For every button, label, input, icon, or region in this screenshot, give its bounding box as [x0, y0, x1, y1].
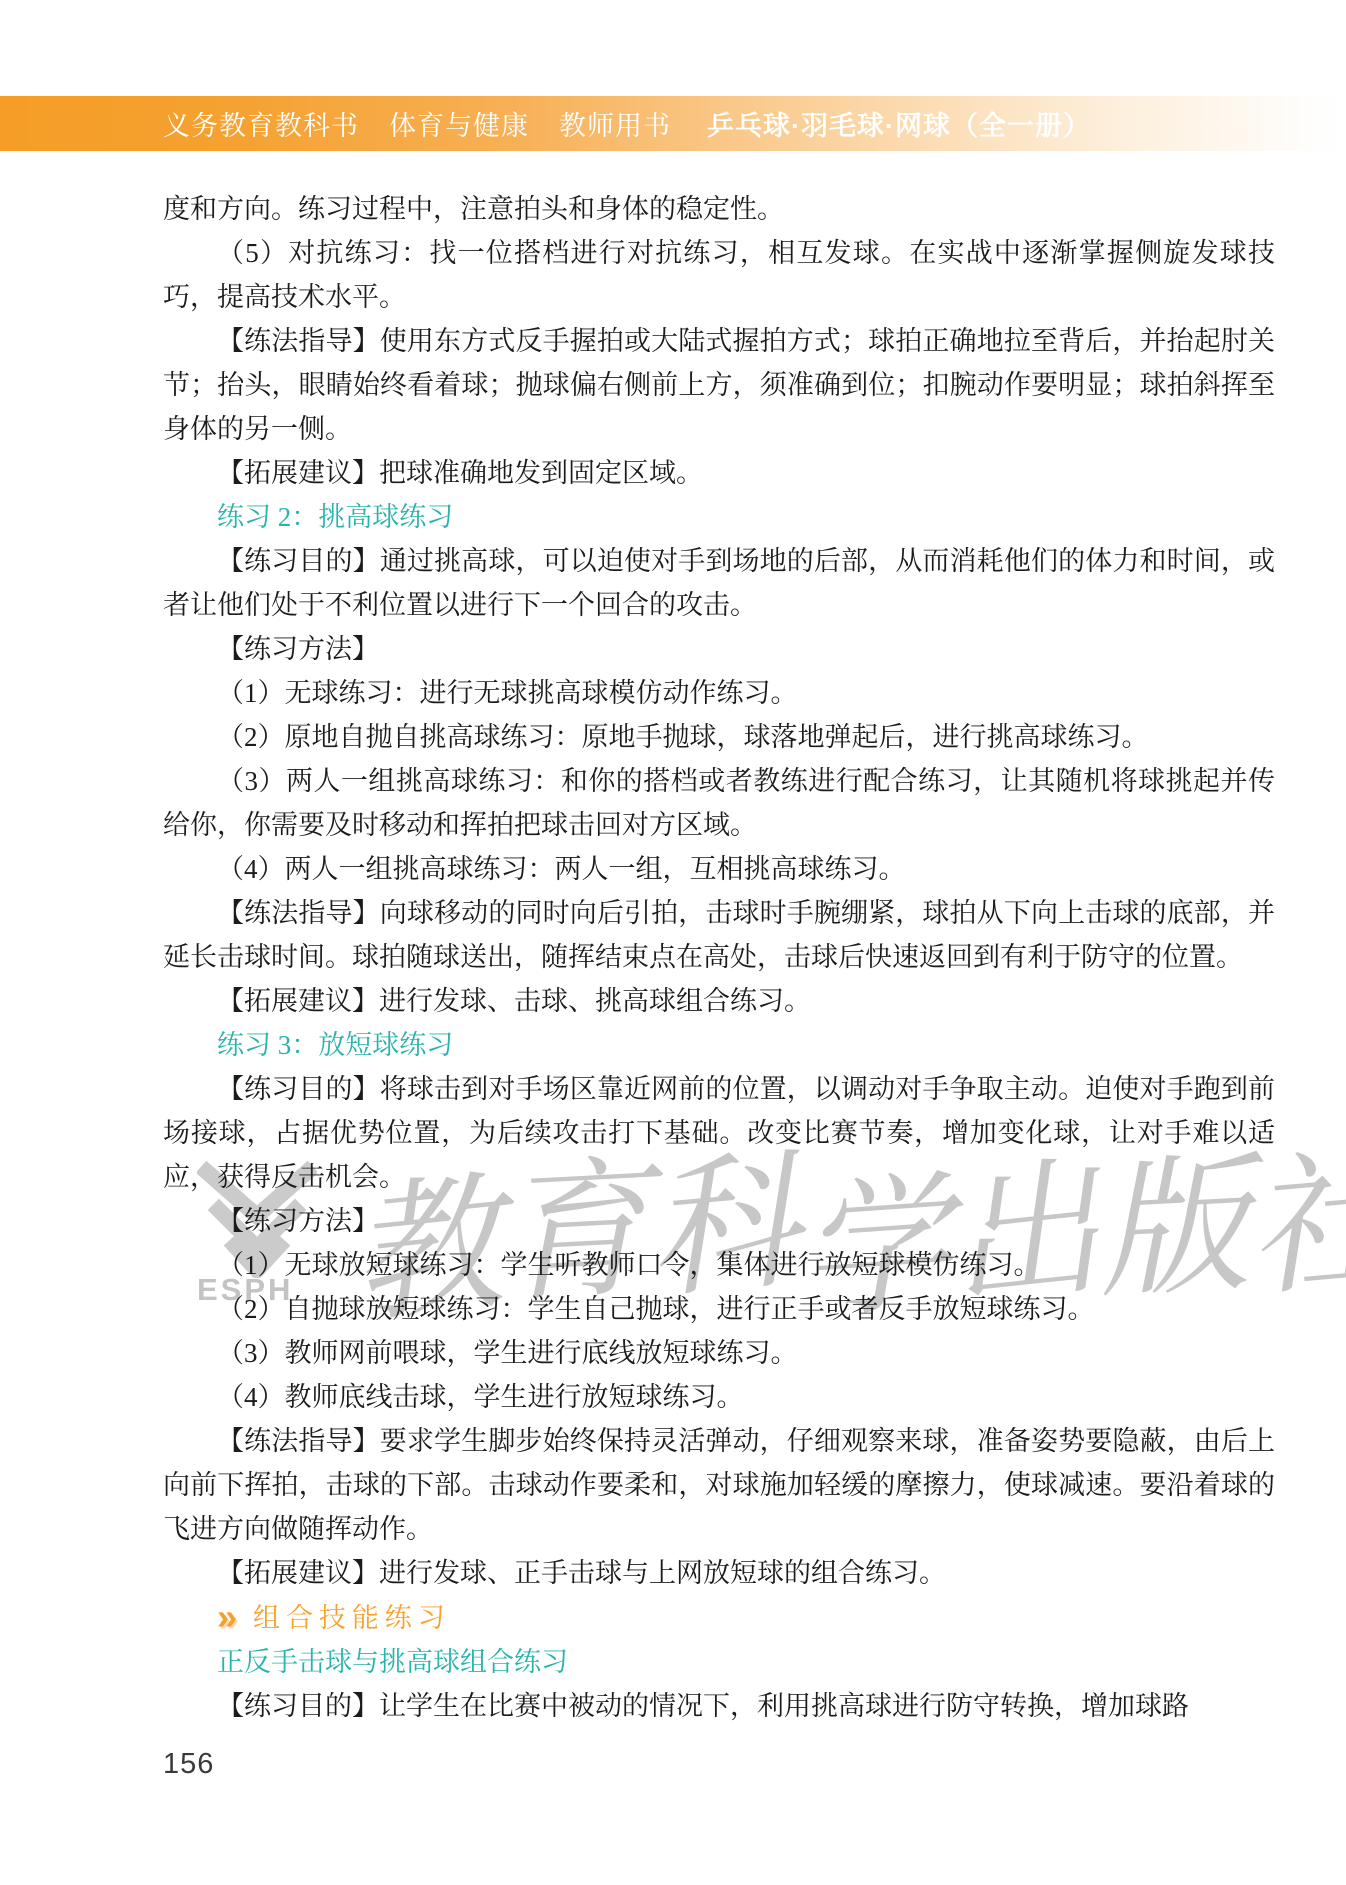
- practice-heading: 练习 3：放短球练习: [163, 1023, 1275, 1067]
- practice-heading: 练习 2：挑高球练习: [163, 495, 1275, 539]
- paragraph: （1）无球放短球练习：学生听教师口令，集体进行放短球模仿练习。: [163, 1243, 1275, 1287]
- header-text: 义务教育教科书体育与健康教师用书 乒乓球·羽毛球·网球（全一册）: [0, 104, 1091, 143]
- paragraph: 【练法指导】要求学生脚步始终保持灵活弹动，仔细观察来球，准备姿势要隐蔽，由后上向…: [163, 1419, 1275, 1551]
- subsection-heading: 正反手击球与挑高球组合练习: [163, 1640, 1275, 1684]
- paragraph: 度和方向。练习过程中，注意拍头和身体的稳定性。: [163, 187, 1275, 231]
- section-heading-text: 组合技能练习: [253, 1603, 451, 1633]
- paragraph: 【练习方法】: [163, 627, 1275, 671]
- paragraph: 【练习目的】将球击到对手场区靠近网前的位置，以调动对手争取主动。迫使对手跑到前场…: [163, 1067, 1275, 1199]
- book-title: 乒乓球·羽毛球·网球（全一册）: [707, 104, 1091, 143]
- paragraph: （2）原地自抛自挑高球练习：原地手抛球，球落地弹起后，进行挑高球练习。: [163, 715, 1275, 759]
- paragraph: 【练习方法】: [163, 1199, 1275, 1243]
- header-segment: 义务教育教科书: [163, 111, 359, 141]
- paragraph: （5）对抗练习：找一位搭档进行对抗练习，相互发球。在实战中逐渐掌握侧旋发球技巧，…: [163, 231, 1275, 319]
- paragraph: 【练习目的】让学生在比赛中被动的情况下，利用挑高球进行防守转换，增加球路: [163, 1684, 1275, 1728]
- paragraph: 【练法指导】使用东方式反手握拍或大陆式握拍方式；球拍正确地拉至背后，并抬起肘关节…: [163, 319, 1275, 451]
- content: 度和方向。练习过程中，注意拍头和身体的稳定性。（5）对抗练习：找一位搭档进行对抗…: [163, 187, 1275, 1728]
- paragraph: （4）两人一组挑高球练习：两人一组，互相挑高球练习。: [163, 847, 1275, 891]
- header-segments: 义务教育教科书体育与健康教师用书: [163, 104, 701, 143]
- section-chevron-icon: »: [217, 1596, 237, 1637]
- header-band: 义务教育教科书体育与健康教师用书 乒乓球·羽毛球·网球（全一册）: [0, 96, 1346, 151]
- paragraph: 【练习目的】通过挑高球，可以迫使对手到场地的后部，从而消耗他们的体力和时间，或者…: [163, 539, 1275, 627]
- paragraph: 【拓展建议】进行发球、正手击球与上网放短球的组合练习。: [163, 1551, 1275, 1595]
- paragraph: （3）两人一组挑高球练习：和你的搭档或者教练进行配合练习，让其随机将球挑起并传给…: [163, 759, 1275, 847]
- paragraph: （4）教师底线击球，学生进行放短球练习。: [163, 1375, 1275, 1419]
- paragraph: （1）无球练习：进行无球挑高球模仿动作练习。: [163, 671, 1275, 715]
- page-number: 156: [163, 1748, 214, 1781]
- paragraph: （2）自抛球放短球练习：学生自己抛球，进行正手或者反手放短球练习。: [163, 1287, 1275, 1331]
- paragraph: 【拓展建议】把球准确地发到固定区域。: [163, 451, 1275, 495]
- section-heading: »组合技能练习: [163, 1595, 1275, 1640]
- paragraph: 【拓展建议】进行发球、击球、挑高球组合练习。: [163, 979, 1275, 1023]
- paragraph: （3）教师网前喂球，学生进行底线放短球练习。: [163, 1331, 1275, 1375]
- header-segment: 体育与健康: [389, 111, 529, 141]
- paragraph: 【练法指导】向球移动的同时向后引拍，击球时手腕绷紧，球拍从下向上击球的底部，并延…: [163, 891, 1275, 979]
- header-segment: 教师用书: [559, 111, 671, 141]
